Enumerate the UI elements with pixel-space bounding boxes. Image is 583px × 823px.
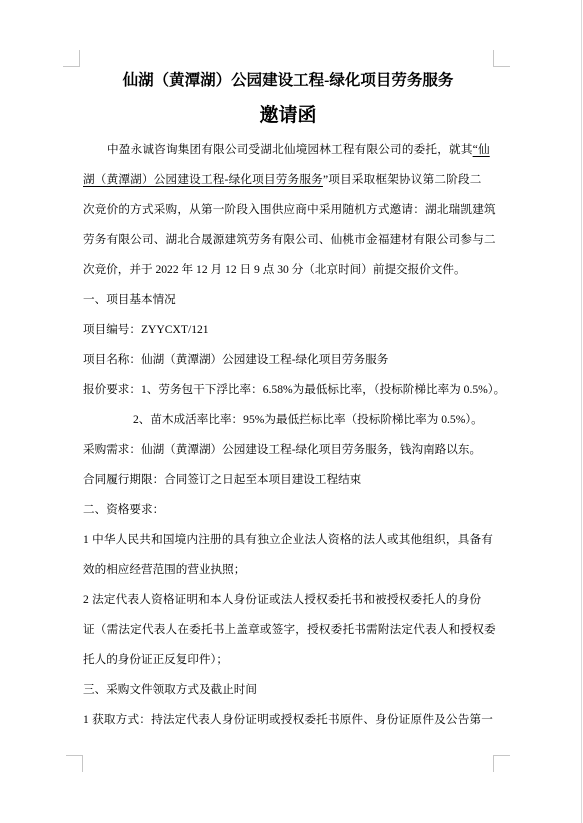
- intro-line-1-underlined: “仙: [473, 143, 490, 156]
- intro-line-2-text: ”项目采取框架协议第二阶段二: [323, 173, 482, 186]
- contract-period-line: 合同履行期限：合同签订之日起至本项目建设工程结束: [83, 465, 493, 495]
- qualification-item1-line1: 1 中华人民共和国境内注册的具有独立企业法人资格的法人或其他组织，具备有: [83, 525, 493, 555]
- intro-line-4: 劳务有限公司、湖北合晟源建筑劳务有限公司、仙桃市金福建材有限公司参与二: [83, 225, 493, 255]
- crop-mark-bottom-right: [493, 755, 510, 772]
- qualification-item2-line2: 证（需法定代表人在委托书上盖章或签字，授权委托书需附法定代表人和授权委: [83, 615, 493, 645]
- section1-heading: 一、项目基本情况: [83, 285, 493, 315]
- qualification-item1-line2: 效的相应经营范围的营业执照；: [83, 555, 493, 585]
- procurement-need-line: 采购需求：仙湖（黄潭湖）公园建设工程-绿化项目劳务服务，钱沟南路以东。: [83, 435, 493, 465]
- intro-line-1: 中盈永诚咨询集团有限公司受湖北仙境园林工程有限公司的委托，就其“仙: [83, 135, 493, 165]
- qualification-item2-line1: 2 法定代表人资格证明和本人身份证或法人授权委托书和被授权委托人的身份: [83, 585, 493, 615]
- quote-requirement-line-2: 2、苗木成活率比率：95%为最低拦标比率（投标阶梯比率为 0.5%）。: [83, 405, 493, 435]
- page-content: 仙湖（黄潭湖）公园建设工程-绿化项目劳务服务 邀请函 中盈永诚咨询集团有限公司受…: [83, 65, 493, 735]
- project-number-line: 项目编号：ZYYCXT/121: [83, 315, 493, 345]
- section3-heading: 三、采购文件领取方式及截止时间: [83, 675, 493, 705]
- intro-line-2-underlined: 湖（黄潭湖）公园建设工程-绿化项目劳务服务: [83, 173, 323, 186]
- crop-mark-top-left: [63, 50, 80, 67]
- intro-line-3: 次竞价的方式采购，从第一阶段入围供应商中采用随机方式邀请：湖北瑞凯建筑: [83, 195, 493, 225]
- qualification-item2-line3: 托人的身份证正反复印件）；: [83, 645, 493, 675]
- crop-mark-bottom-left: [66, 755, 83, 772]
- intro-line-1-text: 中盈永诚咨询集团有限公司受湖北仙境园林工程有限公司的委托，就其: [107, 143, 473, 156]
- page-right-edge: [581, 0, 582, 823]
- crop-mark-top-right: [493, 50, 510, 67]
- intro-line-5: 次竞价，并于 2022 年 12 月 12 日 9 点 30 分（北京时间）前提…: [83, 255, 493, 285]
- section2-heading: 二、资格要求：: [83, 495, 493, 525]
- document-title: 仙湖（黄潭湖）公园建设工程-绿化项目劳务服务: [83, 65, 493, 97]
- project-name-line: 项目名称：仙湖（黄潭湖）公园建设工程-绿化项目劳务服务: [83, 345, 493, 375]
- doc-acquisition-line: 1 获取方式：持法定代表人身份证明或授权委托书原件、身份证原件及公告第一: [83, 705, 493, 735]
- document-subtitle: 邀请函: [83, 97, 493, 135]
- document-page: 仙湖（黄潭湖）公园建设工程-绿化项目劳务服务 邀请函 中盈永诚咨询集团有限公司受…: [0, 0, 583, 823]
- quote-requirement-line-1: 报价要求：1、劳务包干下浮比率：6.58%为最低标比率，（投标阶梯比率为 0.5…: [83, 375, 493, 405]
- intro-line-2: 湖（黄潭湖）公园建设工程-绿化项目劳务服务”项目采取框架协议第二阶段二: [83, 165, 493, 195]
